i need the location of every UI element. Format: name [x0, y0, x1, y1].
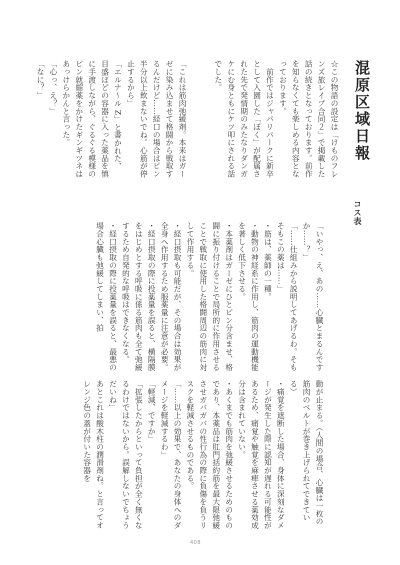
document-page: 混原区域日報 ☆この物語の設定は「けものフレンズ旅レイプ合同２」で掲載した話の続…: [0, 0, 400, 565]
upper-left-text-block: 「これは筋肉弛緩剤。本来はガーゼに染み込ませて格闘から戦取するんだけど……経口の…: [38, 60, 188, 178]
page-number: 408: [190, 540, 201, 546]
middle-text-block: 「いやっ、え、あの……心臓とまるんですか……？」 「……仕組みから説明してあげる…: [35, 222, 325, 372]
page-title: 混原区域日報: [352, 60, 373, 162]
section-label: コス表: [352, 200, 363, 226]
intro-text-block: ☆この物語の設定は「けものフレンズ旅レイプ合同２」で掲載した話の続きとなっており…: [245, 60, 340, 178]
lower-text-block: 動が止まる。（人間の場合、心臓は一枚の筋肉のベルトが巻き上げられてできている） …: [35, 380, 325, 530]
